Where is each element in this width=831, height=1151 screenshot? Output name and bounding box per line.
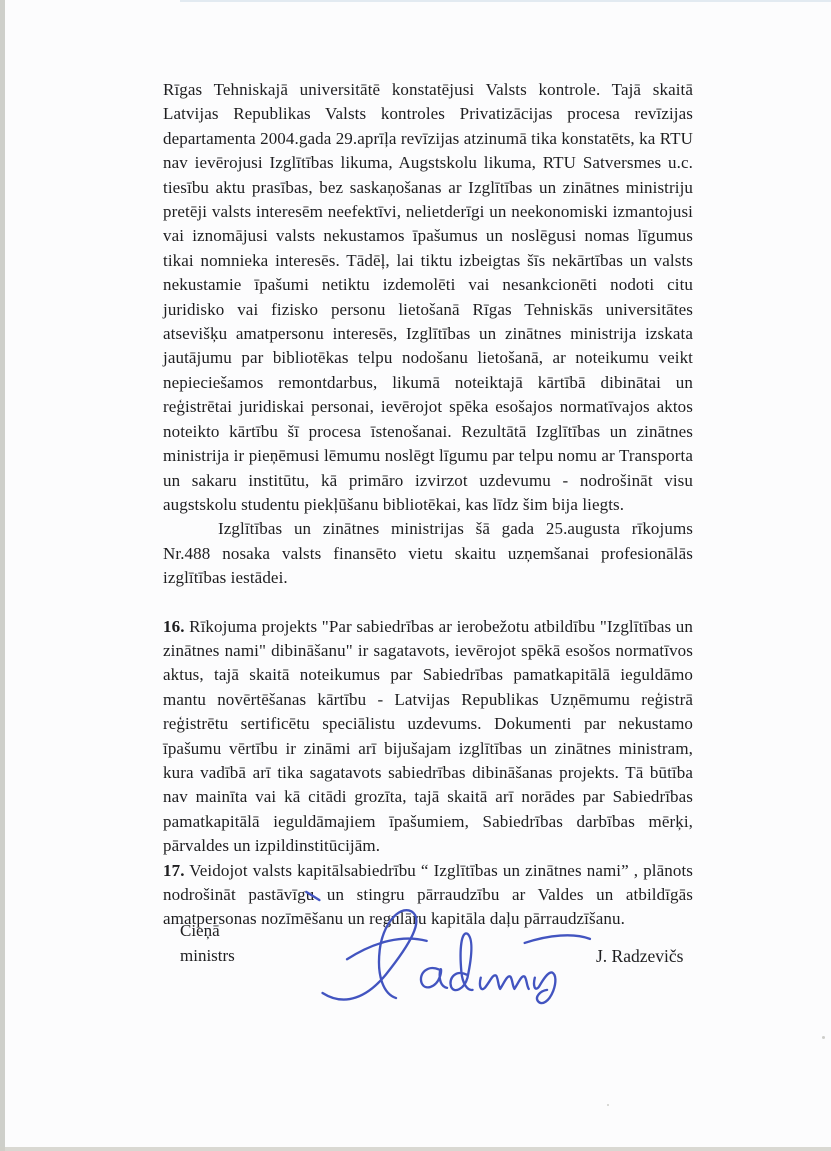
signer-name: J. Radzevičs <box>596 944 683 968</box>
paragraph-16-text: Rīkojuma projekts "Par sabiedrības ar ie… <box>163 617 693 856</box>
scan-artifact <box>607 1104 609 1106</box>
scan-edge-left <box>0 0 5 1151</box>
paragraph-continuation: Rīgas Tehniskajā universitātē konstatēju… <box>163 78 693 517</box>
paragraph-rikojums-488: Izglītības un zinātnes ministrijas šā ga… <box>163 517 693 590</box>
signature-strokes <box>296 882 592 1010</box>
scan-edge-top <box>180 0 831 2</box>
scan-artifact <box>822 1036 825 1039</box>
closing-role: ministrs <box>180 943 235 968</box>
closing-salutation: Cieņā <box>180 918 235 943</box>
document-body: Rīgas Tehniskajā universitātē konstatēju… <box>163 78 693 932</box>
paragraph-16-number: 16. <box>163 617 185 636</box>
scanned-document-page: Rīgas Tehniskajā universitātē konstatēju… <box>0 0 831 1151</box>
paragraph-16: 16. Rīkojuma projekts "Par sabiedrības a… <box>163 615 693 859</box>
paragraph-17-number: 17. <box>163 861 185 880</box>
scan-edge-bottom <box>0 1147 831 1151</box>
closing-block: Cieņā ministrs <box>180 918 235 968</box>
handwritten-signature <box>296 882 592 1010</box>
